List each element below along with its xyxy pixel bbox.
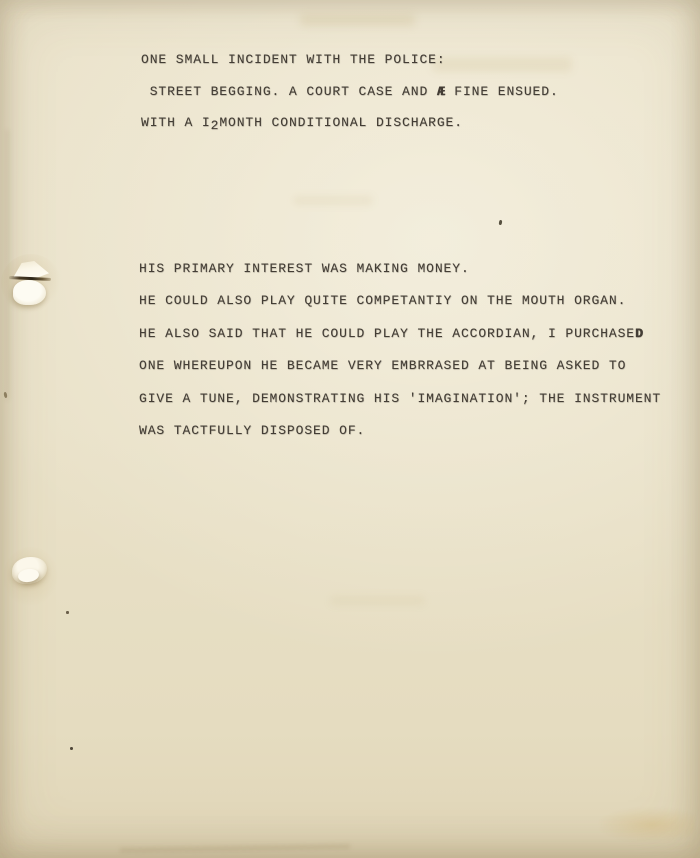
typewritten-line: GIVE A TUNE, DEMONSTRATING HIS 'IMAGINAT…	[139, 383, 661, 415]
scanned-typewritten-page: ONE SMALL INCIDENT WITH THE POLICE: STRE…	[0, 0, 700, 858]
typewritten-line: ONE SMALL INCIDENT WITH THE POLICE:	[141, 44, 559, 76]
paragraph-police-incident: ONE SMALL INCIDENT WITH THE POLICE: STRE…	[141, 44, 559, 139]
typewritten-line: HE COULD ALSO PLAY QUITE COMPETANTIY ON …	[139, 285, 661, 317]
paper-tear-blister	[13, 280, 46, 305]
ink-speck	[499, 220, 503, 225]
typewritten-line: WAS TACTFULLY DISPOSED OF.	[139, 415, 661, 447]
line-segment: MONTH CONDITIONAL DISCHARGE.	[219, 115, 463, 130]
line-segment: FINE ENSUED.	[446, 84, 559, 99]
paper-stain	[600, 808, 695, 842]
line-segment: WITH A I	[141, 115, 211, 130]
paper-crease	[120, 844, 350, 853]
show-through-smudge	[293, 196, 373, 205]
typewritten-line: HE ALSO SAID THAT HE COULD PLAY THE ACCO…	[139, 318, 661, 350]
show-through-smudge	[300, 14, 415, 26]
paragraph-interests: HIS PRIMARY INTEREST WAS MAKING MONEY. H…	[139, 253, 661, 447]
overstruck-character: D	[635, 326, 644, 341]
typewritten-line: WITH A I2MONTH CONDITIONAL DISCHARGE.	[141, 107, 559, 139]
dropped-character: 2	[211, 118, 220, 133]
show-through-smudge	[330, 596, 425, 605]
typewritten-line: STREET BEGGING. A COURT CASE AND Æ FINE …	[141, 76, 559, 108]
ink-speck	[70, 747, 73, 750]
typewritten-line: HIS PRIMARY INTEREST WAS MAKING MONEY.	[139, 253, 661, 285]
overstruck-character: Æ	[437, 84, 446, 99]
ink-speck	[66, 611, 69, 614]
line-segment: HE ALSO SAID THAT HE COULD PLAY THE ACCO…	[139, 326, 635, 341]
typewritten-line: ONE WHEREUPON HE BECAME VERY EMBRRASED A…	[139, 350, 661, 382]
line-segment: STREET BEGGING. A COURT CASE AND	[141, 84, 437, 99]
